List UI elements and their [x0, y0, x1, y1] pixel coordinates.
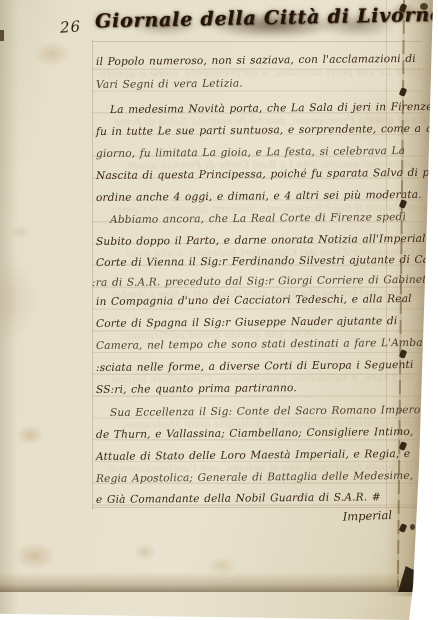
edge-mark-left [0, 30, 4, 41]
scanned-manuscript-page: fu in tutte Le sue parti suntuosa, e sor… [0, 0, 438, 620]
manuscript-line: SS:ri, che quanto prima partiranno. [96, 382, 297, 396]
frame-rule-top [92, 41, 422, 42]
paper-sheet: fu in tutte Le sue parti suntuosa, e sor… [0, 0, 438, 620]
manuscript-line: Vari Segni di vera Letizia. [96, 78, 243, 91]
page-number: 26 [59, 17, 81, 36]
page-title: Giornale della Città di Livorno [95, 4, 438, 33]
catchword: Imperial [330, 508, 392, 524]
edge-mark-right [410, 524, 415, 530]
left-fold-shading [0, 0, 26, 620]
bottom-edge-shading [0, 572, 438, 592]
page-title-row: Giornale della Città di Livorno [95, 7, 427, 29]
corner-stain-top-right [420, 3, 428, 10]
